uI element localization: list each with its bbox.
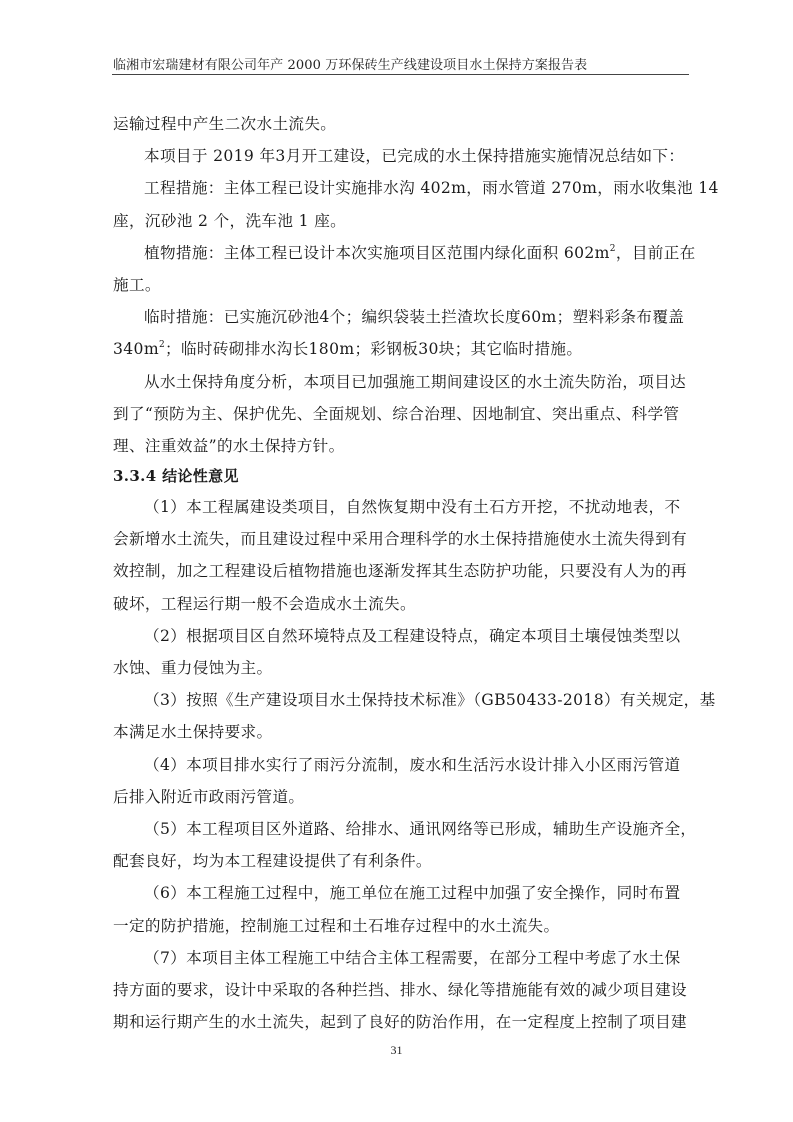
- text-span: ，目前正在: [616, 244, 696, 262]
- running-header: 临湘市宏瑞建材有限公司年产 2000 万环保砖生产线建设项目水土保持方案报告表: [112, 54, 689, 75]
- text-line: 运输过程中产生二次水土流失。: [113, 108, 689, 140]
- text-line: 持方面的要求，设计中采取的各种拦挡、排水、绿化等措施能有效的减少项目建设: [113, 974, 689, 1006]
- text-line: （2）根据项目区自然环境特点及工程建设特点，确定本项目土壤侵蚀类型以: [113, 620, 689, 652]
- text-line: 座，沉砂池 2 个，洗车池 1 座。: [113, 205, 689, 237]
- text-line: 临时措施：已实施沉砂池4个；编织袋装土拦渣坎长度60m；塑料彩条布覆盖: [113, 301, 689, 333]
- text-line: 水蚀、重力侵蚀为主。: [113, 652, 689, 684]
- text-line: 340m2；临时砖砌排水沟长180m；彩钢板30块；其它临时措施。: [113, 333, 689, 365]
- text-span: 340m: [113, 340, 159, 358]
- text-line: 后排入附近市政雨污管道。: [113, 781, 689, 813]
- text-line: 效控制，加之工程建设后植物措施也逐渐发挥其生态防护功能，只要没有人为的再: [113, 555, 689, 587]
- text-line: （7）本项目主体工程施工中结合主体工程需要，在部分工程中考虑了水土保: [113, 942, 689, 974]
- paragraph-temporary-measures: 临时措施：已实施沉砂池4个；编织袋装土拦渣坎长度60m；塑料彩条布覆盖 340m…: [113, 301, 689, 365]
- text-line: （6）本工程施工过程中，施工单位在施工过程中加强了安全操作，同时布置: [113, 877, 689, 909]
- text-line: 破坏，工程运行期一般不会造成水土流失。: [113, 588, 689, 620]
- text-line: 工程措施：主体工程已设计实施排水沟 402m，雨水管道 270m，雨水收集池 1…: [113, 172, 689, 204]
- page-number: 31: [0, 1043, 793, 1058]
- section-heading: 3.3.4 结论性意见: [113, 462, 689, 491]
- text-line: 配套良好，均为本工程建设提供了有利条件。: [113, 845, 689, 877]
- text-span: ；临时砖砌排水沟长180m；彩钢板30块；其它临时措施。: [165, 340, 582, 358]
- conclusion-item-4: （4）本项目排水实行了雨污分流制，废水和生活污水设计排入小区雨污管道 后排入附近…: [113, 749, 689, 813]
- paragraph-plant-measures: 植物措施：主体工程已设计本次实施项目区范围内绿化面积 602m2，目前正在 施工…: [113, 237, 689, 301]
- text-line: 施工。: [113, 269, 689, 301]
- paragraph-engineering-measures: 工程措施：主体工程已设计实施排水沟 402m，雨水管道 270m，雨水收集池 1…: [113, 172, 689, 236]
- text-line: 一定的防护措施，控制施工过程和土石堆存过程中的水土流失。: [113, 910, 689, 942]
- text-line: （5）本工程项目区外道路、给排水、通讯网络等已形成，辅助生产设施齐全，: [113, 813, 689, 845]
- conclusion-item-6: （6）本工程施工过程中，施工单位在施工过程中加强了安全操作，同时布置 一定的防护…: [113, 877, 689, 941]
- conclusion-item-3: （3）按照《生产建设项目水土保持技术标准》（GB50433-2018）有关规定，…: [113, 684, 689, 748]
- text-span: 植物措施：主体工程已设计本次实施项目区范围内绿化面积 602m: [144, 244, 610, 262]
- text-line: 植物措施：主体工程已设计本次实施项目区范围内绿化面积 602m2，目前正在: [113, 237, 689, 269]
- paragraph-construction-start: 本项目于 2019 年3月开工建设，已完成的水土保持措施实施情况总结如下：: [113, 140, 689, 172]
- conclusion-item-5: （5）本工程项目区外道路、给排水、通讯网络等已形成，辅助生产设施齐全， 配套良好…: [113, 813, 689, 877]
- text-line: （1）本工程属建设类项目，自然恢复期中没有土石方开挖，不扰动地表，不: [113, 491, 689, 523]
- text-line: 本满足水土保持要求。: [113, 716, 689, 748]
- text-line: 理、注重效益”的水土保持方针。: [113, 430, 689, 462]
- text-line: 从水土保持角度分析，本项目已加强施工期间建设区的水土流失防治，项目达: [113, 366, 689, 398]
- text-line: 到了“预防为主、保护优先、全面规划、综合治理、因地制宜、突出重点、科学管: [113, 398, 689, 430]
- conclusion-item-2: （2）根据项目区自然环境特点及工程建设特点，确定本项目土壤侵蚀类型以 水蚀、重力…: [113, 620, 689, 684]
- conclusion-item-7: （7）本项目主体工程施工中结合主体工程需要，在部分工程中考虑了水土保 持方面的要…: [113, 942, 689, 1039]
- text-line: 期和运行期产生的水土流失，起到了良好的防治作用，在一定程度上控制了项目建: [113, 1006, 689, 1038]
- text-line: 本项目于 2019 年3月开工建设，已完成的水土保持措施实施情况总结如下：: [113, 140, 689, 172]
- paragraph-transport-loss: 运输过程中产生二次水土流失。: [113, 108, 689, 140]
- conclusion-item-1: （1）本工程属建设类项目，自然恢复期中没有土石方开挖，不扰动地表，不 会新增水土…: [113, 491, 689, 620]
- header-title: 临湘市宏瑞建材有限公司年产 2000 万环保砖生产线建设项目水土保持方案报告表: [113, 54, 587, 73]
- text-line: （4）本项目排水实行了雨污分流制，废水和生活污水设计排入小区雨污管道: [113, 749, 689, 781]
- text-line: 会新增水土流失，而且建设过程中采用合理科学的水土保持措施使水土流失得到有: [113, 523, 689, 555]
- paragraph-analysis: 从水土保持角度分析，本项目已加强施工期间建设区的水土流失防治，项目达 到了“预防…: [113, 366, 689, 463]
- text-line: （3）按照《生产建设项目水土保持技术标准》（GB50433-2018）有关规定，…: [113, 684, 689, 716]
- page-body: 运输过程中产生二次水土流失。 本项目于 2019 年3月开工建设，已完成的水土保…: [113, 108, 689, 1038]
